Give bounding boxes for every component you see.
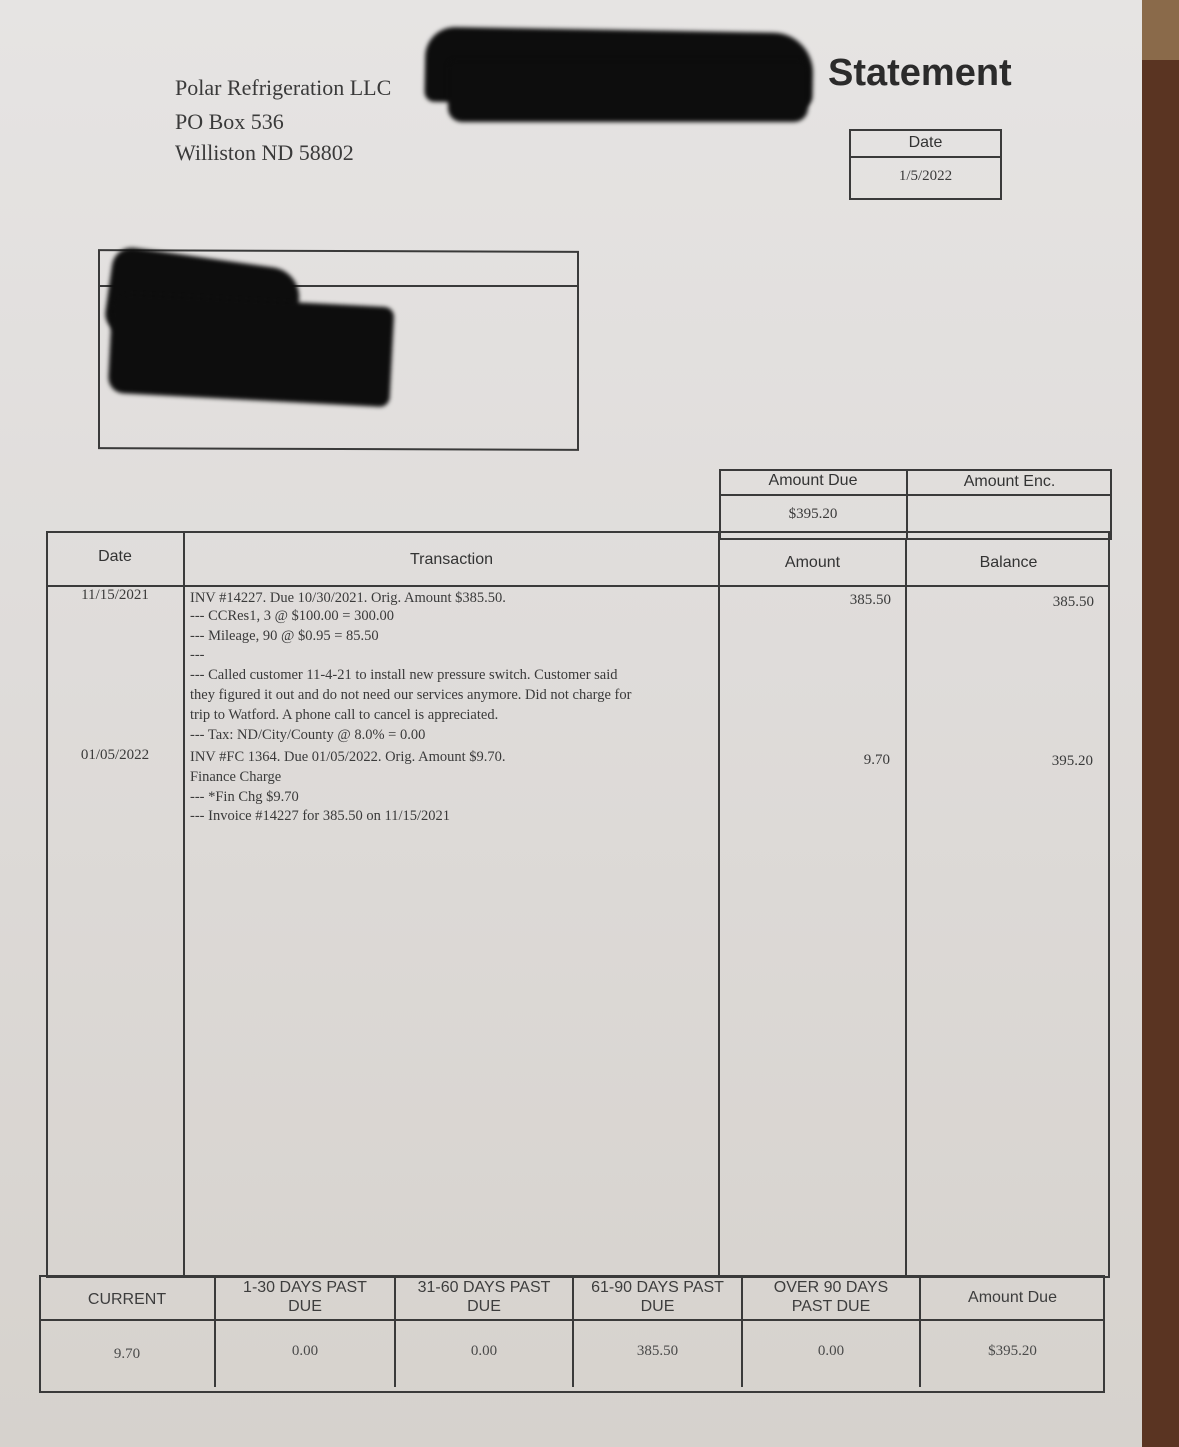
table-row-transaction: INV #FC 1364. Due 01/05/2022. Orig. Amou… xyxy=(190,748,506,827)
transaction-line: --- CCRes1, 3 @ $100.00 = 300.00 xyxy=(190,607,631,627)
aging-header-over-90: OVER 90 DAYS PAST DUE xyxy=(742,1278,920,1316)
divider xyxy=(718,531,720,1278)
column-header-date: Date xyxy=(46,548,184,566)
table-row-balance: 395.20 xyxy=(906,753,1093,770)
aging-header-text: 31-60 DAYS PAST xyxy=(395,1278,573,1297)
redaction-bill-to-lower xyxy=(108,293,395,408)
column-header-balance: Balance xyxy=(906,554,1111,572)
date-box-label: Date xyxy=(849,134,1002,152)
amount-due-label: Amount Due xyxy=(719,472,907,490)
aging-header-text: DUE xyxy=(573,1297,742,1316)
column-header-amount: Amount xyxy=(719,554,906,572)
divider xyxy=(905,540,907,1278)
company-address-line1: PO Box 536 xyxy=(175,106,391,137)
aging-value-over-90: 0.00 xyxy=(742,1343,920,1360)
divider xyxy=(719,494,1112,496)
transaction-line: trip to Watford. A phone call to cancel … xyxy=(190,706,631,726)
transaction-line: --- Tax: ND/City/County @ 8.0% = 0.00 xyxy=(190,726,631,746)
statement-date: 1/5/2022 xyxy=(849,168,1002,185)
transaction-line: they figured it out and do not need our … xyxy=(190,686,631,706)
aging-header-31-60: 31-60 DAYS PAST DUE xyxy=(395,1278,573,1316)
column-header-transaction: Transaction xyxy=(184,551,719,569)
transaction-line: --- xyxy=(190,646,631,666)
aging-value-31-60: 0.00 xyxy=(395,1343,573,1360)
aging-header-amount-due: Amount Due xyxy=(920,1288,1105,1307)
aging-header-text: 1-30 DAYS PAST xyxy=(215,1278,395,1297)
redaction-top-lower xyxy=(448,60,808,122)
table-header-divider xyxy=(46,585,1110,587)
aging-header-text: PAST DUE xyxy=(742,1297,920,1316)
table-row-amount: 385.50 xyxy=(719,592,891,609)
aging-header-text: 61-90 DAYS PAST xyxy=(573,1278,742,1297)
aging-header-text: DUE xyxy=(215,1297,395,1316)
aging-value-61-90: 385.50 xyxy=(573,1343,742,1360)
aging-header-61-90: 61-90 DAYS PAST DUE xyxy=(573,1278,742,1316)
transaction-line: --- Invoice #14227 for 385.50 on 11/15/2… xyxy=(190,807,506,827)
company-address-line2: Williston ND 58802 xyxy=(175,137,391,168)
company-name: Polar Refrigeration LLC xyxy=(175,72,391,103)
aging-header-1-30: 1-30 DAYS PAST DUE xyxy=(215,1278,395,1316)
transaction-line: --- Mileage, 90 @ $0.95 = 85.50 xyxy=(190,627,631,647)
aging-header-text: DUE xyxy=(395,1297,573,1316)
document-title: Statement xyxy=(828,52,1012,95)
transaction-line: --- Called customer 11-4-21 to install n… xyxy=(190,666,631,686)
divider xyxy=(183,531,185,1278)
aging-header-current: CURRENT xyxy=(39,1290,215,1309)
table-row-date: 01/05/2022 xyxy=(46,747,184,764)
table-row-amount: 9.70 xyxy=(719,752,890,769)
table-row-transaction: INV #14227. Due 10/30/2021. Orig. Amount… xyxy=(190,589,631,745)
aging-value-amount-due: $395.20 xyxy=(920,1343,1105,1360)
aging-value-1-30: 0.00 xyxy=(215,1343,395,1360)
table-row-date: 11/15/2021 xyxy=(46,587,184,604)
aging-header-text: CURRENT xyxy=(39,1290,215,1309)
amount-due-value: $395.20 xyxy=(719,506,907,523)
amount-enclosed-label: Amount Enc. xyxy=(907,473,1112,491)
transaction-line: --- *Fin Chg $9.70 xyxy=(190,788,506,808)
transaction-line: Finance Charge xyxy=(190,768,506,788)
company-address-block: Polar Refrigeration LLC PO Box 536 Willi… xyxy=(175,72,391,168)
table-row-balance: 385.50 xyxy=(906,594,1094,611)
transaction-line: INV #FC 1364. Due 01/05/2022. Orig. Amou… xyxy=(190,748,506,768)
aging-value-current: 9.70 xyxy=(39,1346,215,1363)
aging-header-text: Amount Due xyxy=(920,1288,1105,1307)
divider xyxy=(849,156,1002,158)
aging-header-text: OVER 90 DAYS xyxy=(742,1278,920,1297)
desk-background xyxy=(1142,0,1179,60)
